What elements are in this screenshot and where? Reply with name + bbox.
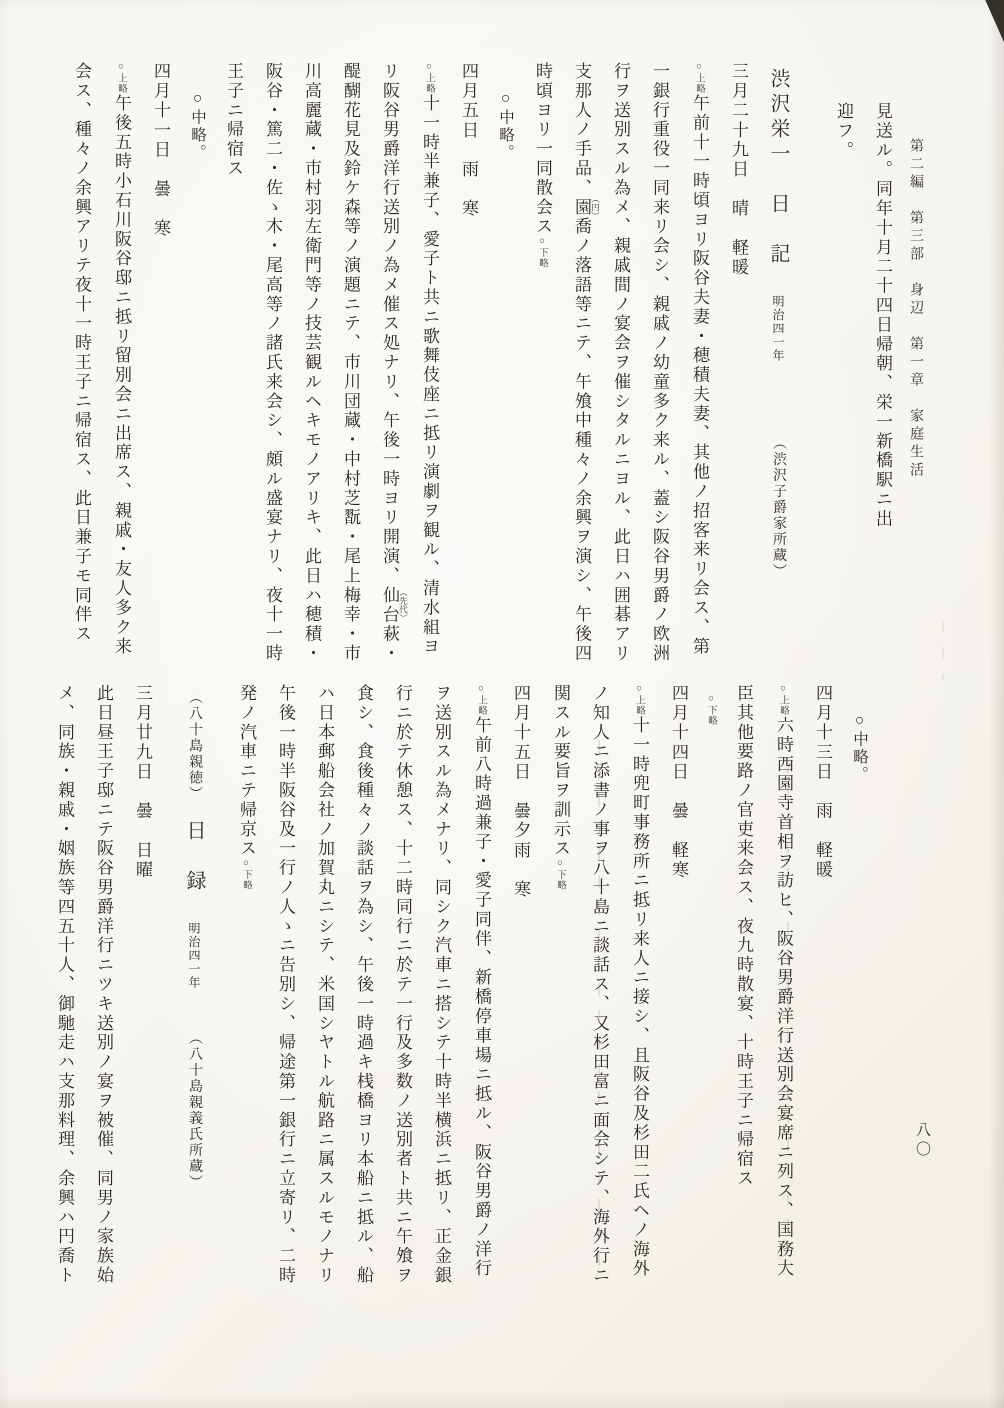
text-segment: 明治四一年 — [771, 268, 785, 363]
ellipsis-marker: ○上略 — [116, 62, 126, 94]
text-segment: 午前十一時頃ヨリ阪谷夫妻・穂積夫妻、其他ノ招客来リ会ス、第 — [690, 94, 709, 657]
text-segment: 此日昼王子邸ニテ阪谷男爵洋行ニツキ送別ノ宴ヲ被催、同男ノ家族始 — [94, 684, 113, 1285]
ellipsis-marker: ○下略 — [706, 694, 716, 726]
text-column: 発ノ汽車ニテ帰京ス○下略 — [226, 684, 266, 1374]
ellipsis-marker: ○下略 — [241, 859, 251, 891]
ellipsis-marker: ○上略 — [476, 684, 486, 716]
text-segment: 見送ル。同年十月二十四日帰朝、栄一新橋駅ニ出 — [873, 102, 892, 529]
text-segment: 行ニ於テ休憩ス、十二時同行ニ於テ一行及多数ノ送別者ト共ニ午飧ヲ — [393, 684, 412, 1285]
date-entry: 四月十三日 雨 軽暖 — [803, 684, 842, 1374]
scanned-book-page: 第二編 第三部 身辺 第一章 家庭生活 見送ル。同年十月二十四日帰朝、栄一新橋駅… — [0, 0, 1004, 1408]
text-column: 関スル要旨ヲ訓示ス○下略 — [540, 684, 580, 1374]
page-number: 八〇 — [912, 1122, 933, 1160]
text-segment: 午前八時過兼子・愛子同伴、新橋停車場ニ抵ル、阪谷男爵ノ洋行 — [472, 716, 491, 1279]
text-column: メ、同族・親戚・姻族等四五十人、御馳走ハ支那料理、余興ハ円喬ト — [45, 684, 84, 1374]
text-column: 行ヲ送別スル為メ、親戚間ノ宴会ヲ催シタルニヨル、此日ハ囲碁アリ — [601, 62, 640, 730]
ellipsis-marker: ○下略 — [537, 237, 547, 269]
text-segment: 時頃ヨリ一同散会ス — [533, 62, 552, 237]
ellipsis-marker: ○上略 — [424, 62, 434, 94]
text-column: 醍醐花見及鈴ケ森等ノ演題ニテ、市川団蔵・中村芝翫・尾上梅幸・市 — [331, 62, 370, 730]
text-segment: ハ日本郵船会社ノ加賀丸ニシテ、米国シヤトル航路ニ属スルモノナリ — [315, 684, 334, 1285]
text-column: ○上略午前八時過兼子・愛子同伴、新橋停車場ニ抵ル、阪谷男爵ノ洋行 — [461, 684, 501, 1374]
text-column: ○上略十一時兜町事務所ニ抵リ来人ニ接シ、且阪谷及杉田二氏ヘノ海外 — [619, 684, 659, 1374]
ellipsis-marker: ○上略 — [694, 62, 704, 94]
ellipsis-line: ○中略。 — [842, 684, 876, 1374]
text-segment: 萩・ — [380, 625, 399, 664]
text-column: ○上略六時西園寺首相ヲ訪ヒ、阪谷男爵洋行送別会宴席ニ列ス、国務大 — [763, 684, 803, 1374]
text-column: 午後一時半阪谷及一行ノ人ゝニ告別シ、帰途第一銀行ニ立寄リ、二時 — [266, 684, 305, 1374]
text-column: ノ知人ニ添書ノ事ヲ八十島ニ談話ス、又杉田富ニ面会シテ、海外行ニ — [580, 684, 619, 1374]
text-column: ○上略午前十一時頃ヨリ阪谷夫妻・穂積夫妻、其他ノ招客来リ会ス、第 — [679, 62, 719, 730]
ellipsis-marker: ○上略 — [778, 684, 788, 716]
text-segment: 三月二十九日 晴 軽暖 — [729, 62, 748, 278]
text-segment: ノ知人ニ添書ノ事ヲ八十島ニ談話ス、又杉田富ニ面会シテ、海外行ニ — [590, 684, 609, 1285]
text-segment: 四月十一日 曇 寒 — [151, 62, 170, 238]
inline-gloss: 園（円） — [572, 198, 591, 217]
text-column: 臣其他要路ノ官吏来会ス、夜九時散宴、十時王子ニ帰宿ス — [724, 684, 763, 1374]
date-entry: 三月二十九日 晴 軽暖 — [719, 62, 758, 730]
text-column: 見送ル。同年十月二十四日帰朝、栄一新橋駅ニ出 — [863, 62, 902, 730]
text-column: リ阪谷男爵洋行送別ノ為メ催ス処ナリ、午後一時ヨリ開演、仙台（先代）萩・ — [370, 62, 409, 730]
text-column: ハ日本郵船会社ノ加賀丸ニシテ、米国シヤトル航路ニ属スルモノナリ — [305, 684, 344, 1374]
text-segment: 四月十五日 曇夕雨 寒 — [511, 684, 530, 900]
text-column: 支那人ノ手品、園（円）喬ノ落語等ニテ、午飧中種々ノ余興ヲ演シ、午後四 — [562, 62, 601, 730]
text-segment: （八十島親義氏所蔵） — [187, 990, 202, 1191]
text-segment: 会ス、種々ノ余興アリテ夜十一時王子ニ帰宿ス、此日兼子モ同伴ス — [72, 62, 91, 644]
text-segment: 六時西園寺首相ヲ訪ヒ、阪谷男爵洋行送別会宴席ニ列ス、国務大 — [774, 716, 793, 1279]
text-segment: 発ノ汽車ニテ帰京ス — [237, 684, 256, 859]
diary-excerpt-upper: 見送ル。同年十月二十四日帰朝、栄一新橋駅ニ出迎フ。渋沢栄一 日 記 明治四一年 … — [62, 62, 902, 730]
text-segment: 渋沢栄一 日 記 — [767, 68, 789, 268]
inline-gloss: 仙台（先代） — [380, 586, 399, 625]
diary-excerpt-lower: ○中略。四月十三日 雨 軽暖○上略六時西園寺首相ヲ訪ヒ、阪谷男爵洋行送別会宴席ニ… — [45, 684, 876, 1374]
text-segment: ○中略。 — [497, 90, 514, 162]
text-segment: 一銀行重役一同来リ会シ、親戚ノ幼童多ク来ル、蓋シ阪谷男爵ノ欧洲 — [650, 62, 669, 663]
text-segment: 支那人ノ手品、 — [572, 62, 591, 198]
text-segment: 四月五日 雨 寒 — [459, 62, 478, 219]
running-head: 第二編 第三部 身辺 第一章 家庭生活 — [905, 138, 925, 480]
text-segment: 十一時兜町事務所ニ抵リ来人ニ接シ、且阪谷及杉田二氏ヘノ海外 — [630, 716, 649, 1279]
date-entry: 四月十一日 曇 寒 — [141, 62, 180, 730]
ellipsis-line: ○中略。 — [488, 62, 522, 730]
date-entry: 三月廿九日 曇 日曜 — [123, 684, 162, 1374]
text-column: 迎フ。 — [824, 62, 863, 730]
text-segment: 十一時半兼子、愛子ト共ニ歌舞伎座ニ抵リ演劇ヲ観ル、清水組ヨ — [420, 94, 439, 657]
date-entry: 四月十四日 曇 軽寒 — [659, 684, 698, 1374]
text-segment: 三月廿九日 曇 日曜 — [133, 684, 152, 880]
text-segment: ヲ送別スル為メナリ、同シク汽車ニ搭シテ十時半横浜ニ抵リ、正金銀 — [432, 684, 451, 1285]
text-column: 阪谷・篤二・佐ゝ木・尾高等ノ諸氏来会シ、頗ル盛宴ナリ、夜十一時 — [253, 62, 292, 730]
text-segment: 王子ニ帰宿ス — [224, 62, 243, 178]
text-segment: 四月十四日 曇 軽寒 — [669, 684, 688, 880]
document-heading: （八十島親徳） 日 録 明治四一年 （八十島親義氏所蔵） — [174, 684, 214, 1374]
date-entry: 四月十五日 曇夕雨 寒 — [501, 684, 540, 1374]
text-column: ○上略十一時半兼子、愛子ト共ニ歌舞伎座ニ抵リ演劇ヲ観ル、清水組ヨ — [409, 62, 449, 730]
ellipsis-marker-column: ○下略 — [698, 684, 724, 1374]
text-column: 食シ、食後種々ノ談話ヲ為シ、午後一時過キ桟橋ヨリ本船ニ抵ル、船 — [344, 684, 383, 1374]
text-column: 行ニ於テ休憩ス、十二時同行ニ於テ一行及多数ノ送別者ト共ニ午飧ヲ — [383, 684, 422, 1374]
text-segment: 四月十三日 雨 軽暖 — [813, 684, 832, 880]
text-segment: 関スル要旨ヲ訓示ス — [551, 684, 570, 859]
text-segment: メ、同族・親戚・姻族等四五十人、御馳走ハ支那料理、余興ハ円喬ト — [55, 684, 74, 1285]
text-segment: （八十島親徳） — [187, 690, 202, 795]
text-column: ○上略午後五時小石川阪谷邸ニ抵リ留別会ニ出席ス、親戚・友人多ク来 — [101, 62, 141, 730]
scan-corner-artifact — [980, 0, 1004, 48]
text-segment: 喬ノ落語等ニテ、午飧中種々ノ余興ヲ演シ、午後四 — [572, 217, 591, 663]
text-column: 川高麗蔵・市村羽左衛門等ノ技芸観ルヘキモノアリキ、此日ハ穂積・ — [292, 62, 331, 730]
text-segment: 臣其他要路ノ官吏来会ス、夜九時散宴、十時王子ニ帰宿ス — [734, 684, 753, 1188]
text-segment: 明治四一年 — [187, 895, 201, 990]
text-segment: ○中略。 — [851, 712, 868, 784]
text-segment: リ阪谷男爵洋行送別ノ為メ催ス処ナリ、午後一時ヨリ開演、 — [380, 62, 399, 586]
text-segment: 行ヲ送別スル為メ、親戚間ノ宴会ヲ催シタルニヨル、此日ハ囲碁アリ — [611, 62, 630, 663]
text-segment: 日 録 — [183, 795, 205, 895]
text-segment: 醍醐花見及鈴ケ森等ノ演題ニテ、市川団蔵・中村芝翫・尾上梅幸・市 — [341, 62, 360, 663]
text-segment: 食シ、食後種々ノ談話ヲ為シ、午後一時過キ桟橋ヨリ本船ニ抵ル、船 — [354, 684, 373, 1285]
text-segment: 川高麗蔵・市村羽左衛門等ノ技芸観ルヘキモノアリキ、此日ハ穂積・ — [302, 62, 321, 663]
text-column: 一銀行重役一同来リ会シ、親戚ノ幼童多ク来ル、蓋シ阪谷男爵ノ欧洲 — [640, 62, 679, 730]
text-column: 此日昼王子邸ニテ阪谷男爵洋行ニツキ送別ノ宴ヲ被催、同男ノ家族始 — [84, 684, 123, 1374]
scan-bleed-artifact — [942, 620, 944, 680]
ellipsis-marker: ○下略 — [555, 859, 565, 891]
text-segment: 阪谷・篤二・佐ゝ木・尾高等ノ諸氏来会シ、頗ル盛宴ナリ、夜十一時 — [263, 62, 282, 663]
text-column: 会ス、種々ノ余興アリテ夜十一時王子ニ帰宿ス、此日兼子モ同伴ス — [62, 62, 101, 730]
date-entry: 四月五日 雨 寒 — [449, 62, 488, 730]
document-heading: 渋沢栄一 日 記 明治四一年 （渋沢子爵家所蔵） — [758, 62, 798, 730]
text-segment: 迎フ。 — [834, 102, 853, 160]
ellipsis-marker: ○上略 — [634, 684, 644, 716]
text-column: 王子ニ帰宿ス — [214, 62, 253, 730]
text-segment: ○中略。 — [189, 90, 206, 162]
text-column: ヲ送別スル為メナリ、同シク汽車ニ搭シテ十時半横浜ニ抵リ、正金銀 — [422, 684, 461, 1374]
text-segment: 午後五時小石川阪谷邸ニ抵リ留別会ニ出席ス、親戚・友人多ク来 — [112, 94, 131, 657]
text-segment: 午後一時半阪谷及一行ノ人ゝニ告別シ、帰途第一銀行ニ立寄リ、二時 — [276, 684, 295, 1285]
text-segment: （渋沢子爵家所蔵） — [771, 363, 786, 580]
text-column: 時頃ヨリ一同散会ス○下略 — [522, 62, 562, 730]
ellipsis-line: ○中略。 — [180, 62, 214, 730]
